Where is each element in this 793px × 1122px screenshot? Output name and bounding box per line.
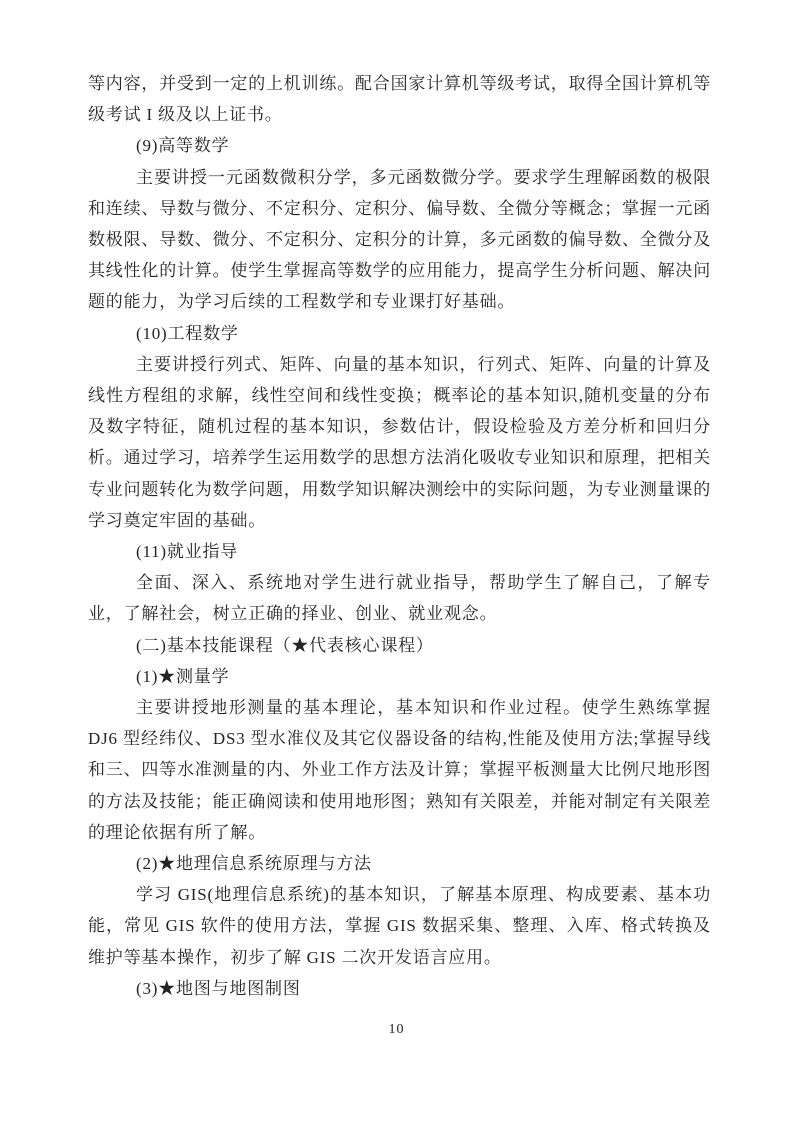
section-heading: (2)★地理信息系统原理与方法 (88, 848, 711, 879)
paragraph: 主要讲授一元函数微积分学，多元函数微分学。要求学生理解函数的极限和连续、导数与微… (88, 162, 711, 318)
paragraph: 主要讲授地形测量的基本理论，基本知识和作业过程。使学生熟练掌握 DJ6 型经纬仪… (88, 692, 711, 848)
section-heading: (9)高等数学 (88, 130, 711, 161)
section-heading: (1)★测量学 (88, 661, 711, 692)
section-heading: (3)★地图与地图制图 (88, 973, 711, 1004)
section-heading: (10)工程数学 (88, 318, 711, 349)
page-footer: 10 (0, 1022, 793, 1038)
document-page: 等内容，并受到一定的上机训练。配合国家计算机等级考试，取得全国计算机等级考试 I… (0, 0, 793, 1122)
page-number: 10 (389, 1022, 405, 1037)
paragraph: 主要讲授行列式、矩阵、向量的基本知识，行列式、矩阵、向量的计算及线性方程组的求解… (88, 349, 711, 536)
paragraph: 全面、深入、系统地对学生进行就业指导，帮助学生了解自己，了解专业，了解社会，树立… (88, 567, 711, 629)
document-body: 等内容，并受到一定的上机训练。配合国家计算机等级考试，取得全国计算机等级考试 I… (88, 68, 711, 1004)
paragraph: 等内容，并受到一定的上机训练。配合国家计算机等级考试，取得全国计算机等级考试 I… (88, 68, 711, 130)
paragraph: 学习 GIS(地理信息系统)的基本知识，了解基本原理、构成要素、基本功能，常见 … (88, 879, 711, 973)
section-heading: (二)基本技能课程（★代表核心课程） (88, 630, 711, 661)
section-heading: (11)就业指导 (88, 536, 711, 567)
